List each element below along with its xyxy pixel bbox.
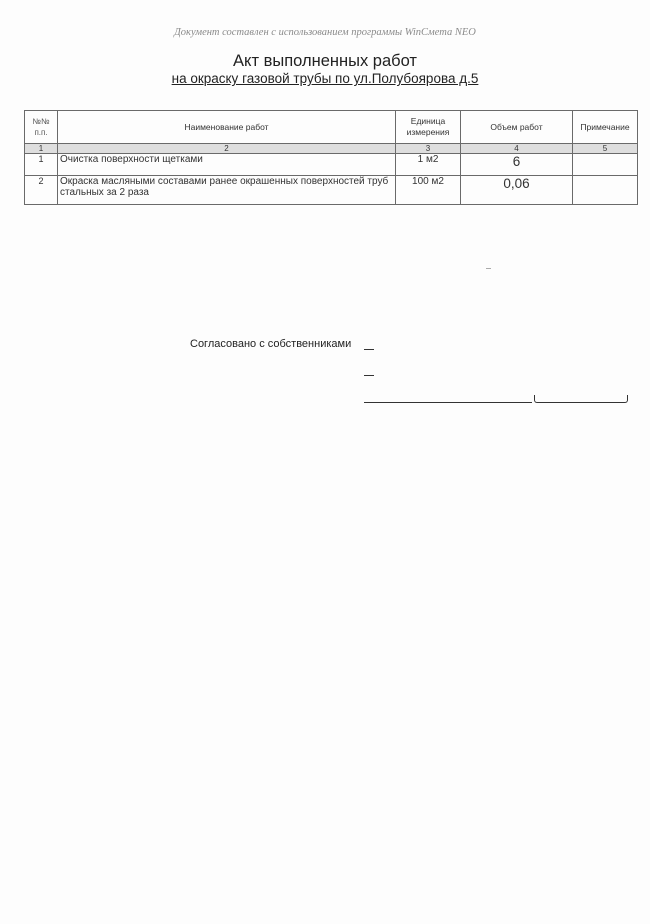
row-number: 1 bbox=[25, 154, 58, 176]
work-name: Окраска масляными составами ранее окраше… bbox=[58, 176, 396, 205]
header-number-line2: п.п. bbox=[34, 128, 47, 137]
document-subtitle: на окраску газовой трубы по ул.Полубояро… bbox=[0, 71, 650, 86]
header-volume: Объем работ bbox=[461, 111, 573, 144]
volume: 6 bbox=[461, 154, 573, 176]
column-number-row: 1 2 3 4 5 bbox=[25, 144, 638, 154]
note bbox=[573, 154, 638, 176]
note bbox=[573, 176, 638, 205]
signature-dash-2 bbox=[364, 375, 374, 376]
header-work-name: Наименование работ bbox=[58, 111, 396, 144]
document-title: Акт выполненных работ bbox=[0, 52, 650, 71]
software-watermark: Документ составлен с использованием прог… bbox=[0, 27, 650, 38]
signature-line bbox=[364, 402, 532, 403]
table-row: 1 Очистка поверхности щетками 1 м2 6 bbox=[25, 154, 638, 176]
column-number: 1 bbox=[25, 144, 58, 154]
header-note: Примечание bbox=[573, 111, 638, 144]
volume: 0,06 bbox=[461, 176, 573, 205]
signature-name-bracket bbox=[534, 395, 628, 403]
approval-label: Согласовано с собственниками bbox=[190, 338, 351, 350]
signature-dash-1 bbox=[364, 349, 374, 350]
column-number: 5 bbox=[573, 144, 638, 154]
header-unit: Единица измерения bbox=[396, 111, 461, 144]
unit: 1 м2 bbox=[396, 154, 461, 176]
header-number: №№ п.п. bbox=[25, 111, 58, 144]
subtitle-text: на окраску газовой трубы по ул.Полубояро… bbox=[172, 71, 479, 86]
column-number: 2 bbox=[58, 144, 396, 154]
scan-speck bbox=[486, 268, 491, 269]
work-name: Очистка поверхности щетками bbox=[58, 154, 396, 176]
unit: 100 м2 bbox=[396, 176, 461, 205]
works-table: №№ п.п. Наименование работ Единица измер… bbox=[24, 110, 638, 205]
column-number: 3 bbox=[396, 144, 461, 154]
table-header-row: №№ п.п. Наименование работ Единица измер… bbox=[25, 111, 638, 144]
row-number: 2 bbox=[25, 176, 58, 205]
header-number-line1: №№ bbox=[32, 117, 49, 126]
column-number: 4 bbox=[461, 144, 573, 154]
table-row: 2 Окраска масляными составами ранее окра… bbox=[25, 176, 638, 205]
